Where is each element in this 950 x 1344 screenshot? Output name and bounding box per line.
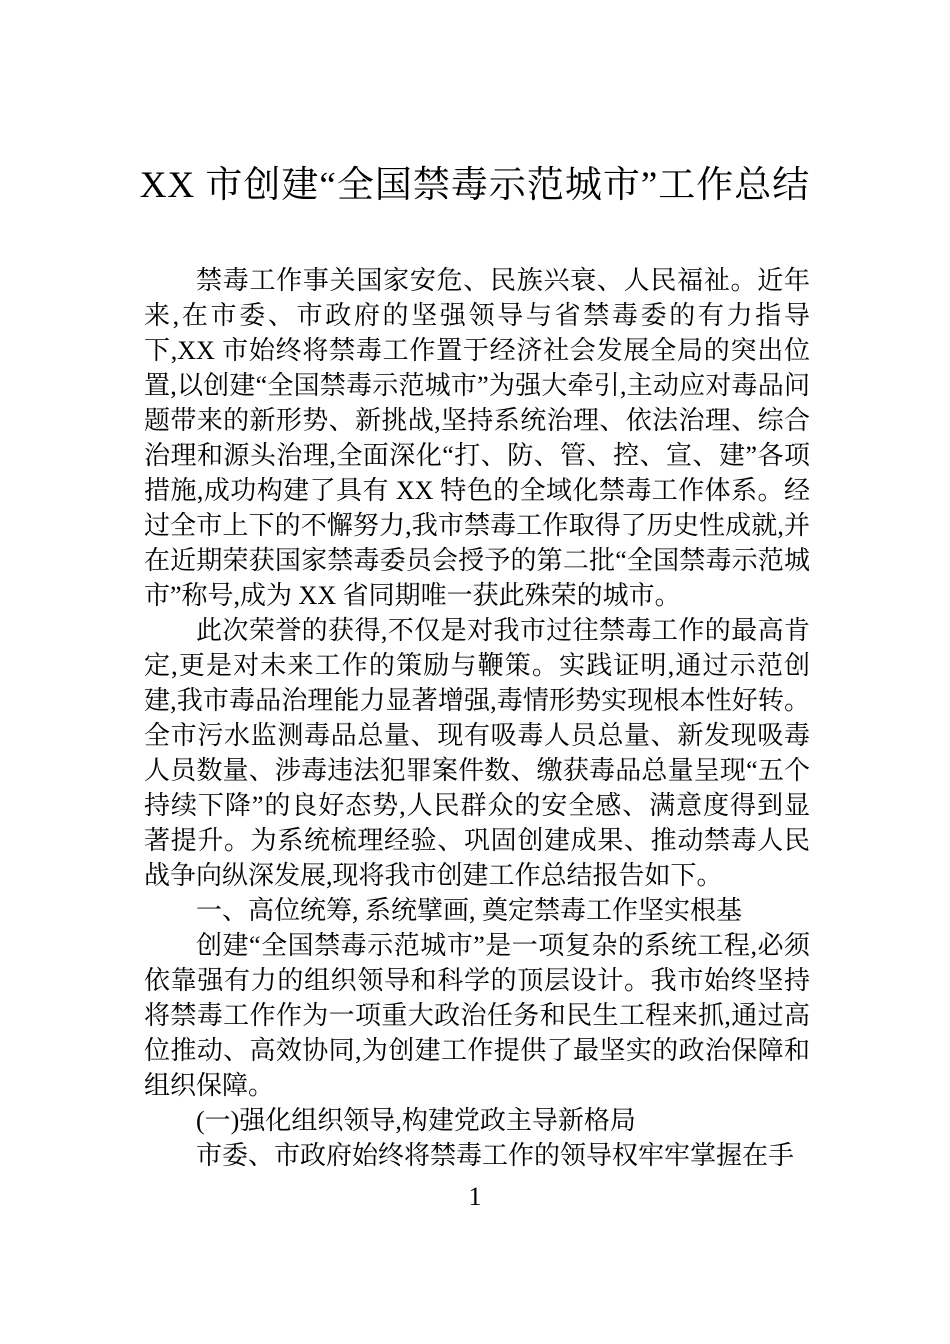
paragraph: 市委、市政府始终将禁毒工作的领导权牢牢掌握在手 [144, 1138, 810, 1173]
document-page: XX 市创建“全国禁毒示范城市”工作总结 禁毒工作事关国家安危、民族兴衰、人民福… [0, 0, 950, 1344]
paragraph: 此次荣誉的获得,不仅是对我市过往禁毒工作的最高肯定,更是对未来工作的策励与鞭策。… [144, 613, 810, 893]
document-title: XX 市创建“全国禁毒示范城市”工作总结 [0, 162, 950, 210]
section-heading: (一)强化组织领导,构建党政主导新格局 [144, 1103, 810, 1138]
section-heading: 一、高位统筹, 系统擘画, 奠定禁毒工作坚实根基 [144, 893, 810, 928]
page-number: 1 [469, 1182, 482, 1211]
paragraph: 禁毒工作事关国家安危、民族兴衰、人民福祉。近年来,在市委、市政府的坚强领导与省禁… [144, 263, 810, 613]
document-body: 禁毒工作事关国家安危、民族兴衰、人民福祉。近年来,在市委、市政府的坚强领导与省禁… [144, 263, 810, 1173]
page-footer: 1 [0, 1182, 950, 1212]
paragraph: 创建“全国禁毒示范城市”是一项复杂的系统工程,必须依靠强有力的组织领导和科学的顶… [144, 928, 810, 1103]
